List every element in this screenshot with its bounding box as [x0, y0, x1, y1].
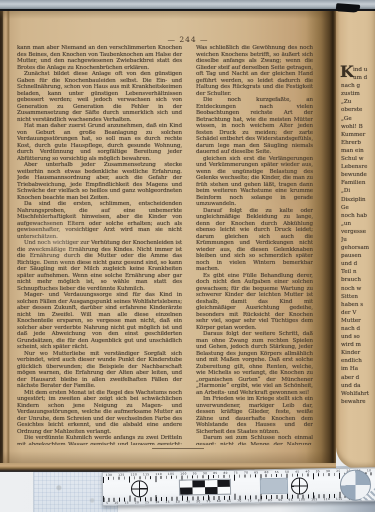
- text-fragment: Familien: [341, 179, 375, 187]
- book-spread: — 244 — kann man aber Niemand an den ver…: [0, 11, 375, 463]
- text-fragment: „Ge: [341, 115, 375, 123]
- text-fragment: gehorsam: [341, 244, 375, 252]
- text-fragment: man ein: [341, 147, 375, 155]
- paragraph: Darum sei zum Schlusse noch einmal gesag…: [196, 435, 313, 445]
- paragraph: Es gibt eine Fülle Behandlung derer, doc…: [196, 273, 313, 332]
- text-fragment: endlich: [341, 357, 375, 365]
- scanned-book-photo: — 244 — kann man aber Niemand an den ver…: [0, 0, 375, 512]
- section-divider-rule: [152, 448, 204, 449]
- text-fragment: ind u: [353, 66, 375, 74]
- text-fragment: Ju: [341, 236, 375, 244]
- paragraph: Nur wo Mutterliebe mit verständiger Sorg…: [17, 351, 182, 390]
- paragraph: Und noch wichtiger zur Verhütung der Kno…: [17, 240, 182, 292]
- text-fragment: Disziplin: [341, 196, 375, 204]
- text-fragment: und d: [341, 260, 375, 268]
- text-fragment: bewunde: [341, 171, 375, 179]
- text-fragment: „Zu: [341, 98, 375, 106]
- text-fragment: Mutter: [341, 317, 375, 325]
- crosshair-target-icon: [291, 477, 308, 494]
- paragraph: Die noch kurzgefaßte, an Entdeckungen na…: [196, 97, 313, 156]
- text-fragment: nach d: [341, 325, 375, 333]
- text-fragment: Kummer: [341, 131, 375, 139]
- paragraph: Die verdünnte Kuhmilch werde anfangs zu …: [17, 435, 182, 445]
- text-fragment: wohl! B: [341, 123, 375, 131]
- text-fragment: oberste: [341, 106, 375, 114]
- text-fragment: noch w: [341, 285, 375, 293]
- book-clip: [336, 3, 360, 13]
- paragraph: Mager- und Verdauungssorge sind für das …: [17, 292, 182, 351]
- paragraph: Was schließlich die Gewöhnung des noch w…: [196, 45, 313, 97]
- calibration-ruler: 130 125 120 115 110 105 100 95 90 85 80 …: [102, 467, 375, 506]
- paragraph: kann man aber Niemand an den verschlimme…: [17, 45, 182, 71]
- text-fragment: aber d: [341, 374, 375, 382]
- text-fragment: Kinder: [341, 349, 375, 357]
- paragraph: Zunächst bildet diese Anlage oft von den…: [17, 71, 182, 123]
- paragraph: gleichen sich erst die Verlängerungen un…: [196, 156, 313, 208]
- text-fragment: noch hab: [341, 212, 375, 220]
- text-fragment: und so: [341, 333, 375, 341]
- left-text-column: kann man aber Niemand an den verschlimme…: [17, 45, 182, 445]
- right-page-sliver: K ind uum dnach gzustim„Zuoberste„Gewohl…: [336, 11, 375, 469]
- scanner-top-bar: [0, 0, 375, 11]
- page-number: — 244 —: [138, 35, 238, 44]
- text-fragment: „un: [341, 220, 375, 228]
- text-fragment: der V: [341, 309, 375, 317]
- text-fragment: wird m: [341, 341, 375, 349]
- text-fragment: bewahre: [341, 398, 375, 406]
- gray-calibration-patch: [261, 479, 287, 493]
- text-fragment: im Ha: [341, 365, 375, 373]
- book-gutter-shadow: [306, 11, 336, 463]
- left-page: — 244 — kann man aber Niemand an den ver…: [0, 11, 333, 463]
- text-fragment: und da: [341, 382, 375, 390]
- paragraph: Da sind die ersten, schlimmen, entscheid…: [17, 201, 182, 240]
- text-fragment: Schul w: [341, 155, 375, 163]
- paragraph: Aber unterhalb jeder Zusammensetzung ste…: [17, 162, 182, 201]
- paragraph: Mit dem ersten Monat ist die Regel des W…: [17, 390, 182, 436]
- text-fragment: Ehrerb: [341, 139, 375, 147]
- crosshair-target-icon: [131, 480, 148, 497]
- paragraph: Daraus folgt der weitere Schritt, daß ma…: [196, 331, 313, 396]
- text-fragment: nach g: [341, 82, 375, 90]
- right-text-column: Was schließlich die Gewöhnung des noch w…: [196, 45, 313, 445]
- text-fragment: Wohlfahrt: [341, 390, 375, 398]
- text-fragment: zustim: [341, 90, 375, 98]
- text-fragment: Teil n: [341, 268, 375, 276]
- text-fragment: „Di: [341, 187, 375, 195]
- checkerboard-calibration-patch: [180, 480, 230, 495]
- text-fragment: um d: [353, 74, 375, 82]
- text-fragment: Ge: [341, 204, 375, 212]
- text-fragment: Lebensre: [341, 163, 375, 171]
- paragraph: Darauf folgt die zu kalte oder ungleichm…: [196, 208, 313, 273]
- text-fragment: vergesse: [341, 228, 375, 236]
- text-fragment: brauch: [341, 276, 375, 284]
- right-page-text: ind uum dnach gzustim„Zuoberste„Gewohl! …: [341, 66, 375, 458]
- paragraph: Im Frieden wie im Kriege stellt sich ein…: [196, 396, 313, 435]
- text-fragment: haben s: [341, 301, 375, 309]
- text-fragment: Sitten: [341, 293, 375, 301]
- paragraph: Hat man daher zuerst Grund anzunehmen, d…: [17, 123, 182, 162]
- text-fragment: pausen: [341, 252, 375, 260]
- text-columns: kann man aber Niemand an den verschlimme…: [17, 45, 313, 445]
